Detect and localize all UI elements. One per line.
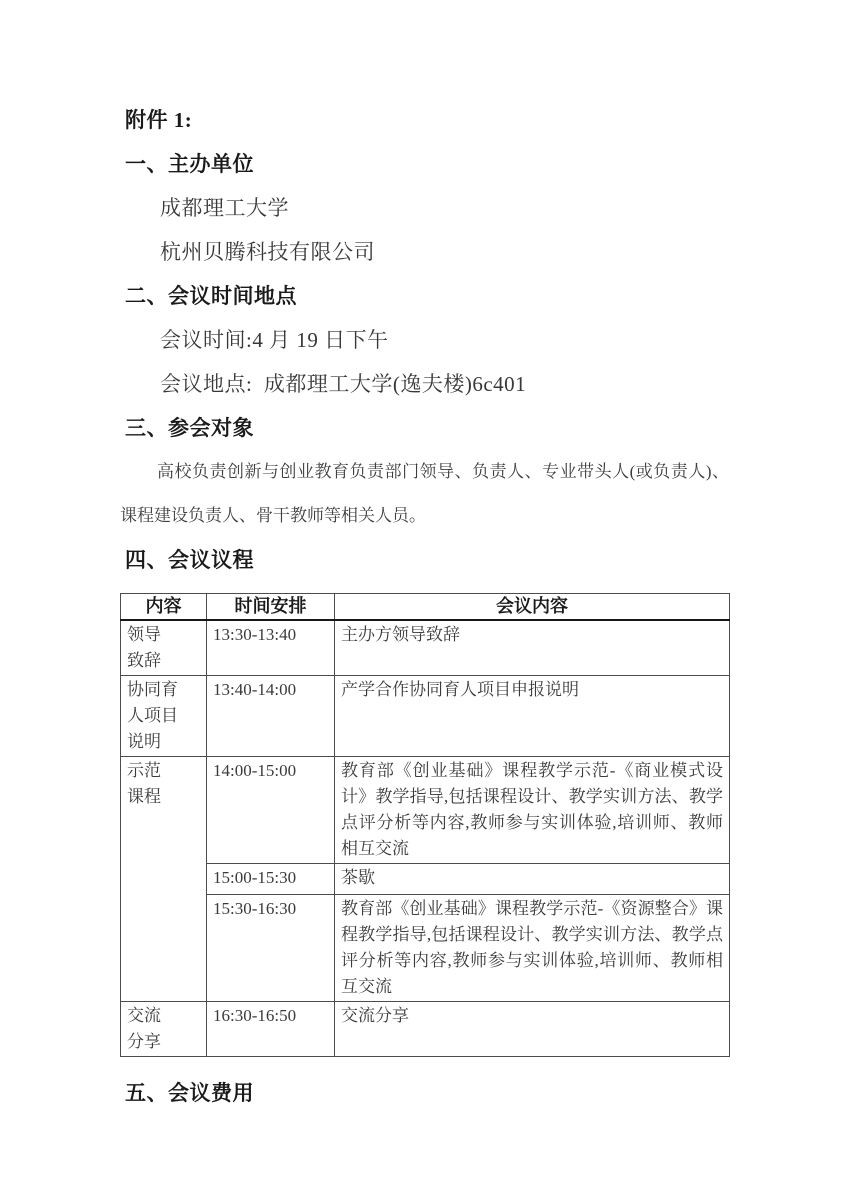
- agenda-header-content: 内容: [121, 594, 207, 620]
- agenda-header-detail: 会议内容: [335, 594, 730, 620]
- table-row-demo-session-1: 示范 课程 14:00-15:00 教育部《创业基础》课程教学示范-《商业模式设…: [121, 756, 730, 863]
- cell-content-demo-course: 示范 课程: [121, 756, 207, 1001]
- cell-detail-tea-break: 茶歇: [335, 863, 730, 894]
- heading-time-place: 二、会议时间地点: [120, 274, 729, 318]
- participants-paragraph: 高校负责创新与创业教育负责部门领导、负责人、专业带头人(或负责人)、课程建设负责…: [120, 450, 729, 538]
- heading-participants: 三、参会对象: [120, 406, 729, 450]
- table-row-project-intro: 协同育 人项目 说明 13:40-14:00 产学合作协同育人项目申报说明: [121, 675, 730, 756]
- agenda-header-row: 内容 时间安排 会议内容: [121, 594, 730, 620]
- meeting-time-line: 会议时间:4 月 19 日下午: [120, 318, 729, 362]
- cell-detail-demo-session-1: 教育部《创业基础》课程教学示范-《商业模式设计》教学指导,包括课程设计、教学实训…: [335, 756, 730, 863]
- cell-time-sharing: 16:30-16:50: [207, 1001, 335, 1056]
- heading-organizers: 一、主办单位: [120, 142, 729, 186]
- document-content: 附件 1: 一、主办单位 成都理工大学 杭州贝腾科技有限公司 二、会议时间地点 …: [0, 0, 849, 1115]
- table-row-leader-speech: 领导 致辞 13:30-13:40 主办方领导致辞: [121, 620, 730, 676]
- cell-time-demo-session-1: 14:00-15:00: [207, 756, 335, 863]
- cell-time-leader-speech: 13:30-13:40: [207, 620, 335, 676]
- table-row-sharing: 交流 分享 16:30-16:50 交流分享: [121, 1001, 730, 1056]
- meeting-place-line: 会议地点: 成都理工大学(逸夫楼)6c401: [120, 362, 729, 406]
- heading-fees: 五、会议费用: [120, 1071, 729, 1115]
- agenda-header-time: 时间安排: [207, 594, 335, 620]
- organizer-name-1: 成都理工大学: [120, 186, 729, 230]
- cell-content-project-intro: 协同育 人项目 说明: [121, 675, 207, 756]
- cell-detail-demo-session-2: 教育部《创业基础》课程教学示范-《资源整合》课程教学指导,包括课程设计、教学实训…: [335, 894, 730, 1001]
- table-row-demo-session-2: 15:30-16:30 教育部《创业基础》课程教学示范-《资源整合》课程教学指导…: [121, 894, 730, 1001]
- heading-agenda: 四、会议议程: [120, 538, 729, 582]
- attachment-label: 附件 1:: [120, 98, 729, 142]
- agenda-table: 内容 时间安排 会议内容 领导 致辞 13:30-13:40 主办方领导致辞 协…: [120, 593, 730, 1057]
- cell-content-sharing: 交流 分享: [121, 1001, 207, 1056]
- organizer-name-2: 杭州贝腾科技有限公司: [120, 230, 729, 274]
- table-row-tea-break: 15:00-15:30 茶歇: [121, 863, 730, 894]
- cell-detail-sharing: 交流分享: [335, 1001, 730, 1056]
- cell-detail-project-intro: 产学合作协同育人项目申报说明: [335, 675, 730, 756]
- cell-time-tea-break: 15:00-15:30: [207, 863, 335, 894]
- cell-time-demo-session-2: 15:30-16:30: [207, 894, 335, 1001]
- document-page: 附件 1: 一、主办单位 成都理工大学 杭州贝腾科技有限公司 二、会议时间地点 …: [0, 0, 849, 1200]
- cell-time-project-intro: 13:40-14:00: [207, 675, 335, 756]
- cell-content-leader-speech: 领导 致辞: [121, 620, 207, 676]
- cell-detail-leader-speech: 主办方领导致辞: [335, 620, 730, 676]
